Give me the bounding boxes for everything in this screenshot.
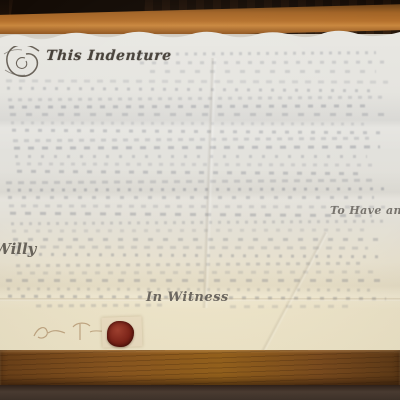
script-line bbox=[8, 95, 386, 101]
script-line bbox=[7, 87, 375, 93]
script-line bbox=[14, 245, 368, 249]
script-line bbox=[6, 178, 376, 184]
script-line bbox=[140, 51, 376, 56]
script-line bbox=[12, 129, 382, 135]
script-line bbox=[8, 196, 374, 199]
script-line bbox=[9, 204, 385, 208]
wax-seal-icon bbox=[107, 321, 134, 347]
document-heading: This Indenture bbox=[45, 48, 172, 64]
frame-bottom-rail bbox=[0, 350, 400, 386]
script-line bbox=[6, 279, 388, 282]
phrase-to-have-and: To Have and bbox=[330, 204, 400, 217]
framed-document-photo: This Indenture To Have and Willy In Witn… bbox=[0, 0, 400, 400]
script-line bbox=[17, 170, 365, 175]
script-line bbox=[14, 146, 380, 150]
script-line bbox=[16, 162, 378, 166]
phrase-in-witness: In Witness bbox=[146, 290, 229, 305]
engraved-initial-flourish-icon bbox=[0, 40, 46, 86]
script-line bbox=[12, 229, 370, 233]
parchment-top-edge bbox=[0, 26, 400, 46]
script-line bbox=[15, 155, 367, 158]
script-line bbox=[230, 305, 350, 308]
script-line bbox=[13, 137, 369, 142]
script-line bbox=[11, 220, 383, 226]
script-line bbox=[6, 79, 388, 83]
script-line bbox=[17, 270, 377, 274]
phrase-marginal-fragment: Willy bbox=[0, 240, 36, 258]
script-line bbox=[16, 261, 366, 266]
script-line bbox=[150, 70, 376, 73]
script-line bbox=[11, 121, 371, 125]
signature-flourish-icon bbox=[30, 318, 112, 346]
script-line bbox=[10, 113, 384, 116]
script-line bbox=[9, 104, 373, 108]
frame-outer-edge bbox=[0, 385, 400, 400]
script-line bbox=[15, 253, 379, 259]
script-line bbox=[7, 187, 387, 191]
script-line bbox=[140, 61, 384, 65]
script-line bbox=[13, 238, 381, 241]
script-line bbox=[10, 212, 372, 218]
parchment-document: This Indenture To Have and Willy In Witn… bbox=[0, 34, 400, 352]
